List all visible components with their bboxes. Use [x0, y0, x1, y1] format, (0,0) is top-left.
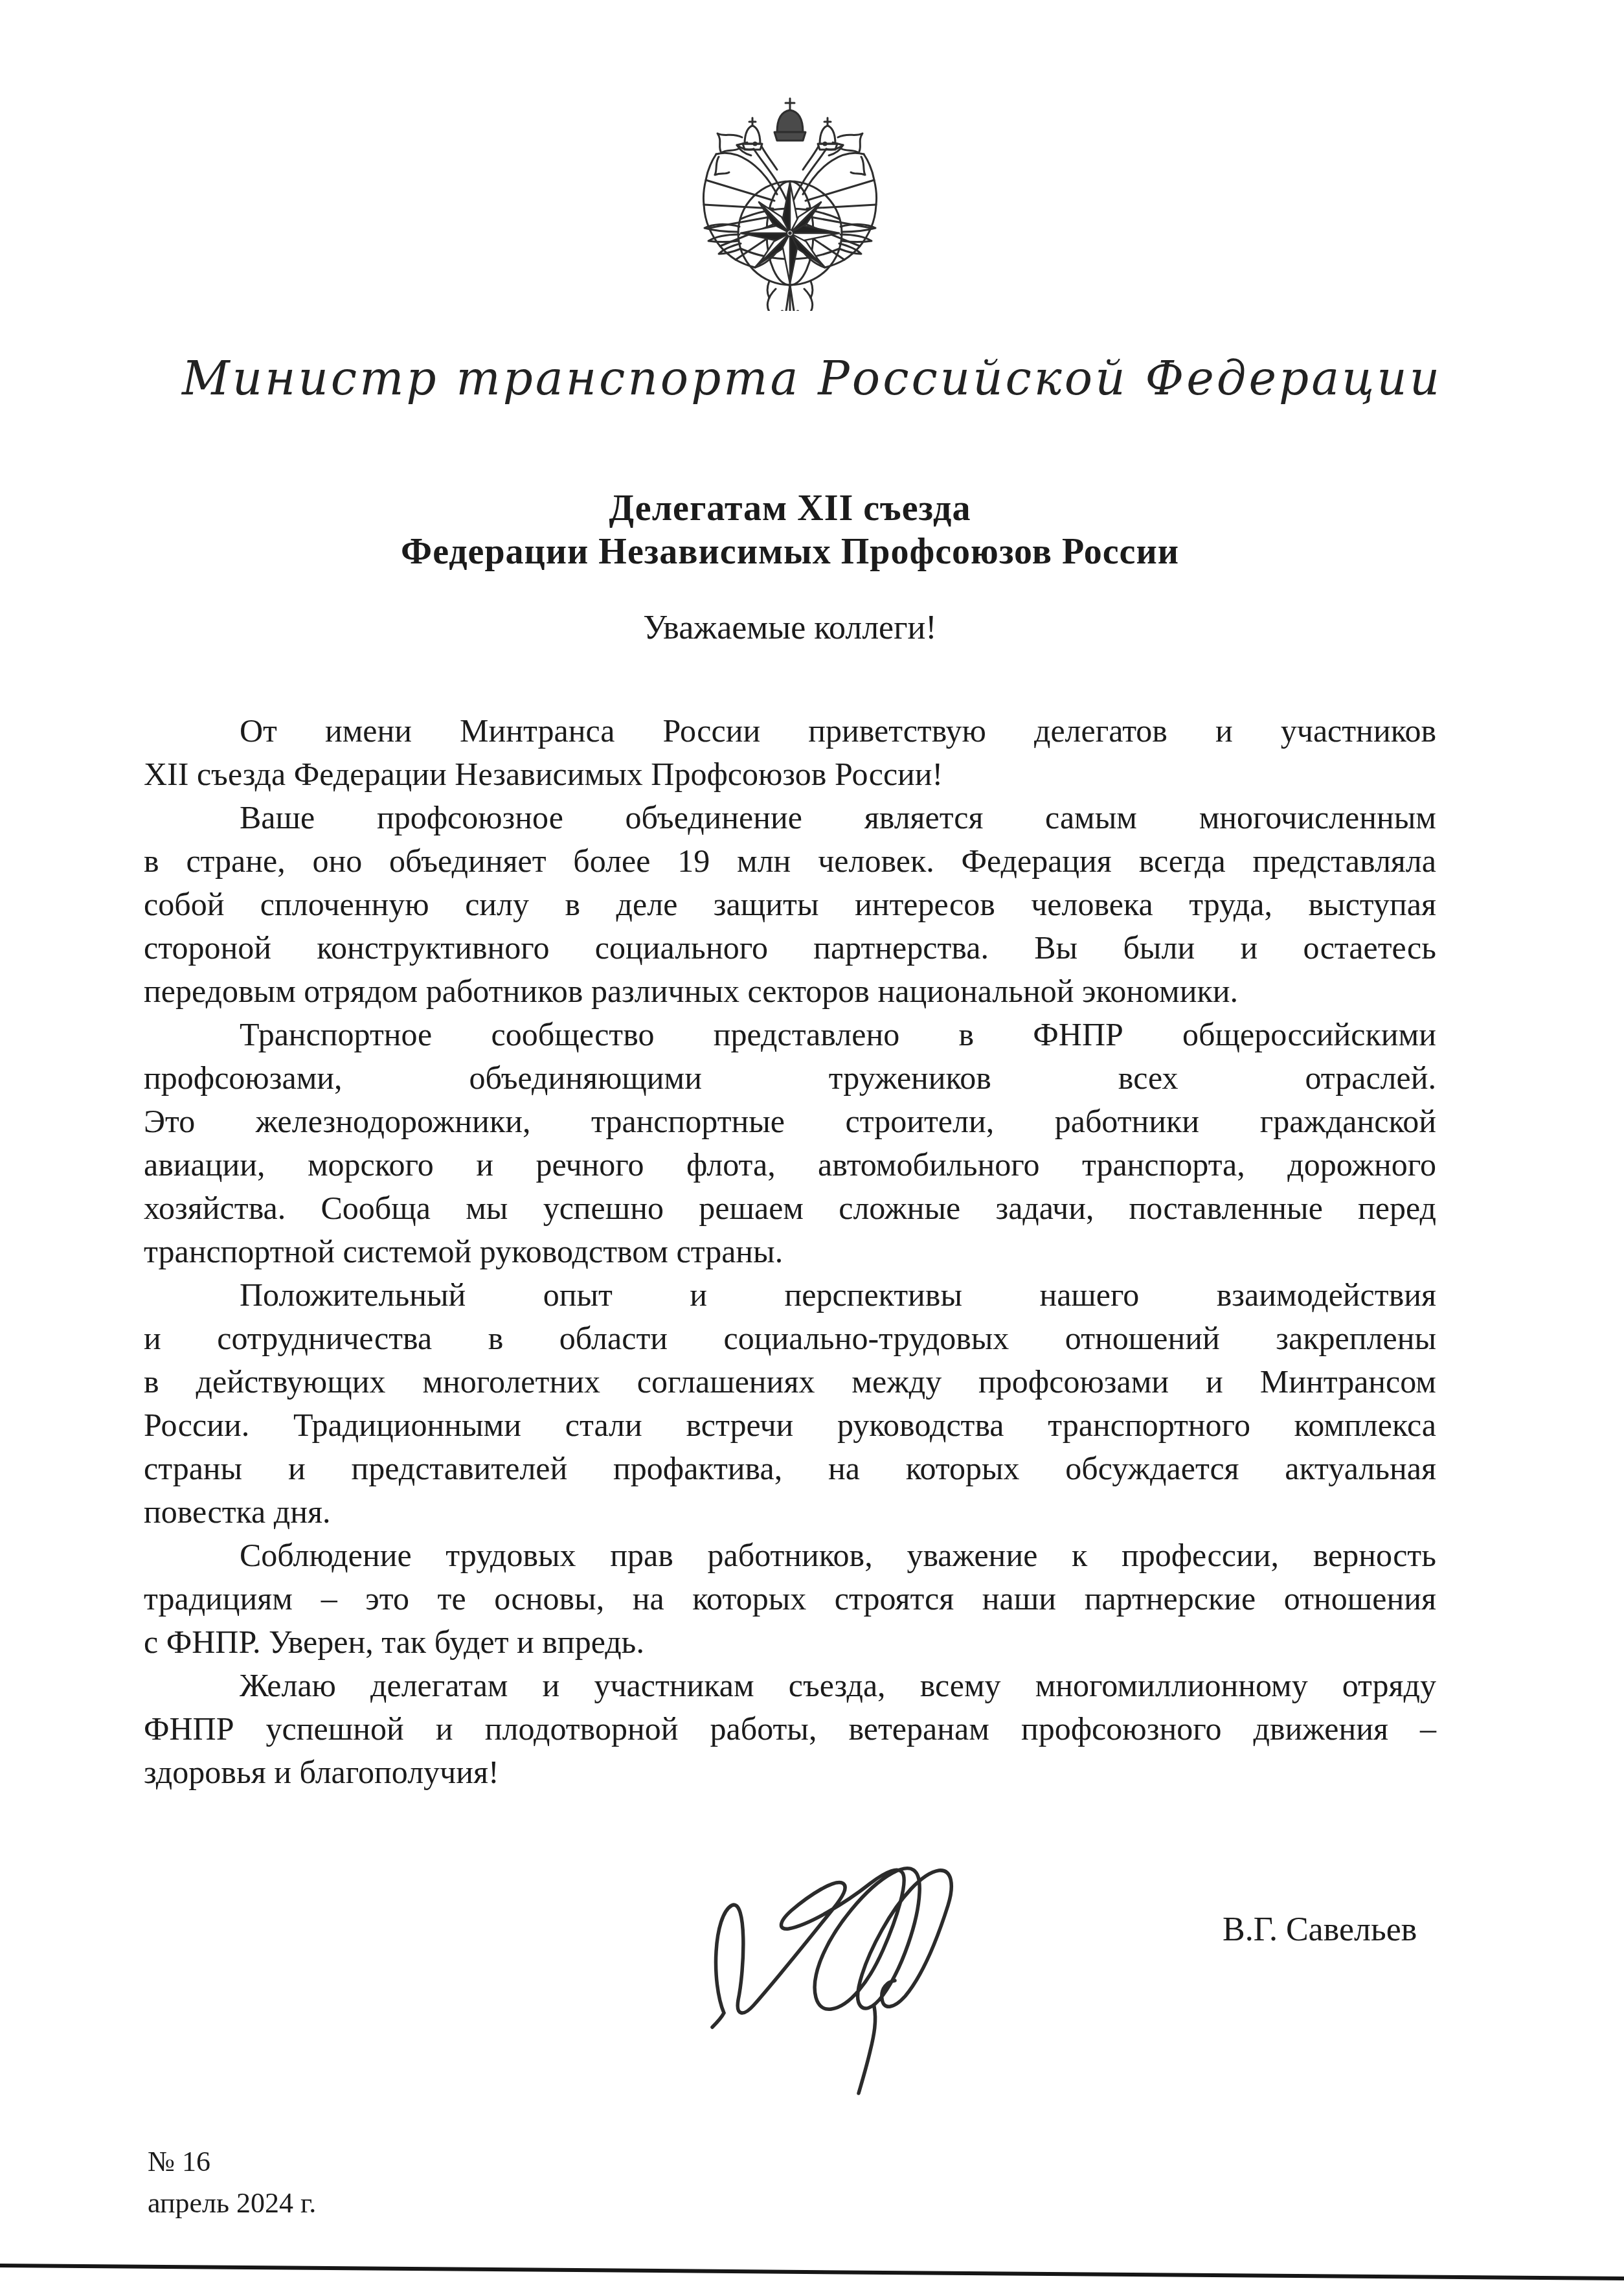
- body-line: Соблюдение трудовых прав работников, ува…: [144, 1534, 1436, 1577]
- body-line: России. Традиционными стали встречи руко…: [144, 1403, 1436, 1447]
- body-line: XII съезда Федерации Независимых Профсою…: [144, 753, 1436, 796]
- body-paragraph: Ваше профсоюзное объединение является са…: [144, 796, 1436, 1013]
- body-line: здоровья и благополучия!: [144, 1751, 1436, 1794]
- body-line: с ФНПР. Уверен, так будет и впредь.: [144, 1620, 1436, 1664]
- ministry-of-transport-emblem-icon: [699, 97, 881, 311]
- crown-cross: [785, 98, 795, 110]
- body-line: повестка дня.: [144, 1490, 1436, 1534]
- document-number: № 16: [148, 2145, 210, 2178]
- tail-ornament: [767, 281, 813, 311]
- body-line: Ваше профсоюзное объединение является са…: [144, 796, 1436, 839]
- body-line: Желаю делегатам и участникам съезда, все…: [144, 1664, 1436, 1707]
- body-line: традициям – это те основы, на которых ст…: [144, 1577, 1436, 1620]
- body-paragraph: Соблюдение трудовых прав работников, ува…: [144, 1534, 1436, 1664]
- body-paragraph: Желаю делегатам и участникам съезда, все…: [144, 1664, 1436, 1794]
- recipient-block: Делегатам XII съезда Федерации Независим…: [144, 487, 1436, 574]
- body-line: в действующих многолетних соглашениях ме…: [144, 1360, 1436, 1403]
- body-line: Транспортное сообщество представлено в Ф…: [144, 1013, 1436, 1056]
- body-line: передовым отрядом работников различных с…: [144, 970, 1436, 1013]
- body-paragraph: Положительный опыт и перспективы нашего …: [144, 1273, 1436, 1534]
- recipient-line-2: Федерации Независимых Профсоюзов России: [144, 530, 1436, 574]
- letterhead-script-title: Министр транспорта Российской Федерации: [0, 351, 1624, 405]
- body-line: в стране, оно объединяет более 19 млн че…: [144, 839, 1436, 883]
- handwritten-signature: [615, 1833, 1036, 2105]
- scanned-letter-page: Министр транспорта Российской Федерации …: [0, 0, 1624, 2283]
- body-line: авиации, морского и речного флота, автом…: [144, 1143, 1436, 1187]
- recipient-line-1: Делегатам XII съезда: [144, 487, 1436, 530]
- central-crown: [774, 110, 806, 141]
- signature-scribble-icon: [615, 1833, 1036, 2105]
- body-line: От имени Минтранса России приветствую де…: [144, 709, 1436, 753]
- scan-edge-line: [0, 2259, 1624, 2283]
- salutation: Уважаемые коллеги!: [144, 609, 1436, 647]
- signer-name: В.Г. Савельев: [1223, 1911, 1417, 1949]
- body-line: профсоюзами, объединяющими тружеников вс…: [144, 1056, 1436, 1100]
- side-crown: [743, 118, 762, 150]
- body-paragraph: Транспортное сообщество представлено в Ф…: [144, 1013, 1436, 1273]
- double-headed-eagle-emblem: [699, 97, 881, 311]
- body-line: Положительный опыт и перспективы нашего …: [144, 1273, 1436, 1317]
- body-line: стороной конструктивного социального пар…: [144, 926, 1436, 970]
- body-line: Это железнодорожники, транспортные строи…: [144, 1100, 1436, 1143]
- body-paragraph: От имени Минтранса России приветствую де…: [144, 709, 1436, 796]
- compass-rose-star: [741, 183, 839, 284]
- letter-body: От имени Минтранса России приветствую де…: [144, 709, 1436, 1794]
- body-line: собой сплоченную силу в деле защиты инте…: [144, 883, 1436, 926]
- body-line: хозяйства. Сообща мы успешно решаем слож…: [144, 1187, 1436, 1230]
- body-line: страны и представителей профактива, на к…: [144, 1447, 1436, 1490]
- body-line: транспортной системой руководством стран…: [144, 1230, 1436, 1273]
- body-line: и сотрудничества в области социально-тру…: [144, 1317, 1436, 1360]
- body-line: ФНПР успешной и плодотворной работы, вет…: [144, 1707, 1436, 1751]
- document-date: апрель 2024 г.: [148, 2186, 316, 2220]
